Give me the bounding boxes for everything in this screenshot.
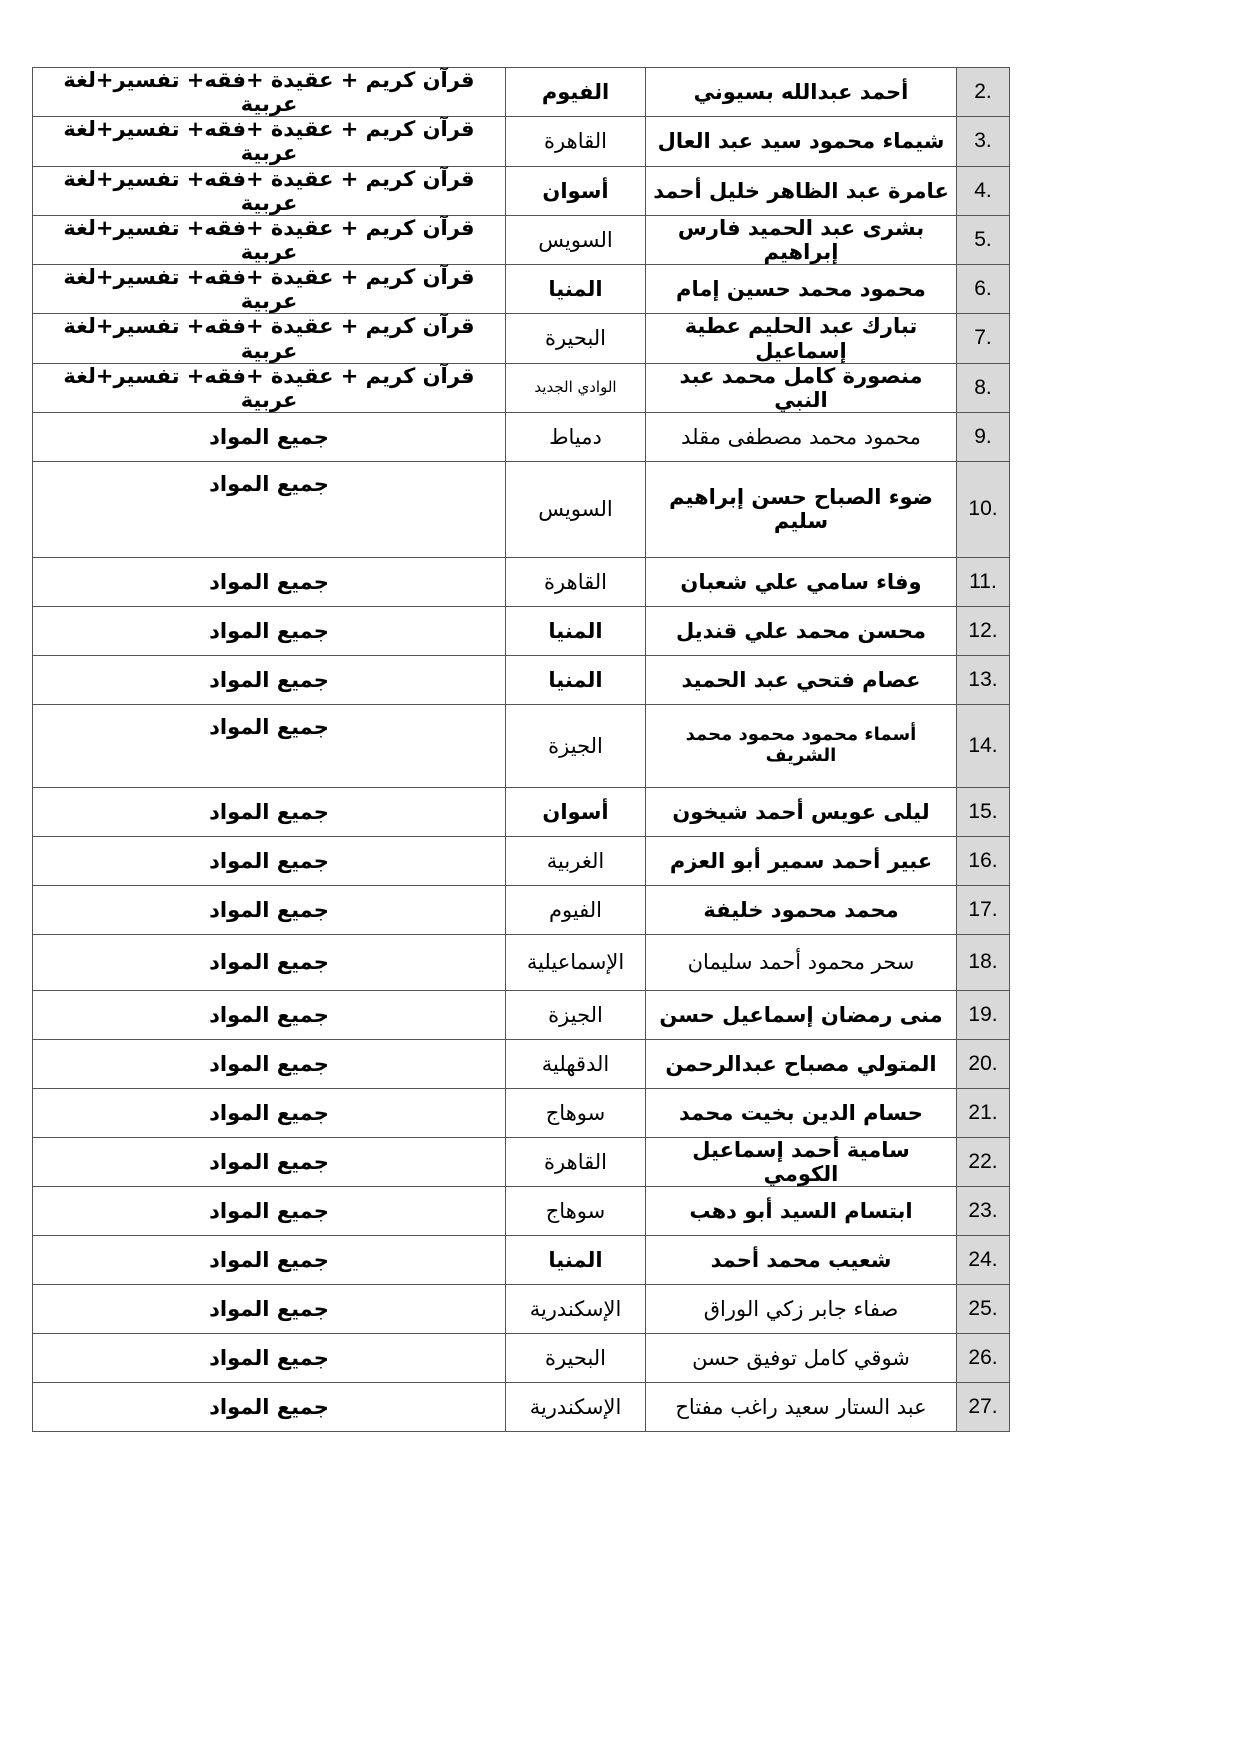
governorate: الإسماعيلية xyxy=(506,934,646,990)
governorate: الفيوم xyxy=(506,885,646,934)
row-number: 8. xyxy=(957,363,1010,412)
row-number: 3. xyxy=(957,117,1010,166)
row-number: 9. xyxy=(957,412,1010,461)
table-row: 23. ابتسام السيد أبو دهب سوهاج جميع المو… xyxy=(33,1187,1010,1236)
subjects: قرآن كريم + عقيدة +فقه+ تفسير+لغة عربية xyxy=(33,68,506,117)
table-row: 10. ضوء الصباح حسن إبراهيم سليم السويس ج… xyxy=(33,461,1010,557)
subjects: قرآن كريم + عقيدة +فقه+ تفسير+لغة عربية xyxy=(33,314,506,363)
row-number: 2. xyxy=(957,68,1010,117)
person-name: تبارك عبد الحليم عطية إسماعيل xyxy=(646,314,957,363)
table-row: 25. صفاء جابر زكي الوراق الإسكندرية جميع… xyxy=(33,1285,1010,1334)
person-name: عصام فتحي عبد الحميد xyxy=(646,655,957,704)
row-number: 6. xyxy=(957,265,1010,314)
person-name: بشرى عبد الحميد فارس إبراهيم xyxy=(646,215,957,264)
subjects: قرآن كريم + عقيدة +فقه+ تفسير+لغة عربية xyxy=(33,363,506,412)
governorate: الإسكندرية xyxy=(506,1383,646,1432)
person-name: صفاء جابر زكي الوراق xyxy=(646,1285,957,1334)
table-row: 22. سامية أحمد إسماعيل الكومي القاهرة جم… xyxy=(33,1137,1010,1186)
subjects: جميع المواد xyxy=(33,1137,506,1186)
subjects: جميع المواد xyxy=(33,655,506,704)
person-name: شوقي كامل توفيق حسن xyxy=(646,1334,957,1383)
person-name: عبد الستار سعيد راغب مفتاح xyxy=(646,1383,957,1432)
table-row: 12. محسن محمد علي قنديل المنيا جميع المو… xyxy=(33,606,1010,655)
roster-table: 2. أحمد عبدالله بسيوني الفيوم قرآن كريم … xyxy=(32,67,1010,1432)
row-number: 12. xyxy=(957,606,1010,655)
governorate: أسوان xyxy=(506,787,646,836)
governorate: الدقهلية xyxy=(506,1039,646,1088)
subjects: جميع المواد xyxy=(33,1334,506,1383)
person-name: محمود محمد حسين إمام xyxy=(646,265,957,314)
table-row: 3. شيماء محمود سيد عبد العال القاهرة قرآ… xyxy=(33,117,1010,166)
person-name: حسام الدين بخيت محمد xyxy=(646,1088,957,1137)
table-row: 14. أسماء محمود محمود محمد الشريف الجيزة… xyxy=(33,704,1010,787)
subjects: جميع المواد xyxy=(33,1285,506,1334)
person-name: عامرة عبد الظاهر خليل أحمد xyxy=(646,166,957,215)
governorate: القاهرة xyxy=(506,117,646,166)
table-row: 26. شوقي كامل توفيق حسن البحيرة جميع الم… xyxy=(33,1334,1010,1383)
governorate: القاهرة xyxy=(506,557,646,606)
row-number: 7. xyxy=(957,314,1010,363)
row-number: 10. xyxy=(957,461,1010,557)
governorate: السويس xyxy=(506,215,646,264)
person-name: عبير أحمد سمير أبو العزم xyxy=(646,836,957,885)
row-number: 24. xyxy=(957,1236,1010,1285)
row-number: 14. xyxy=(957,704,1010,787)
table-row: 4. عامرة عبد الظاهر خليل أحمد أسوان قرآن… xyxy=(33,166,1010,215)
table-row: 18. سحر محمود أحمد سليمان الإسماعيلية جم… xyxy=(33,934,1010,990)
person-name: محمود محمد مصطفى مقلد xyxy=(646,412,957,461)
governorate: البحيرة xyxy=(506,1334,646,1383)
subjects: جميع المواد xyxy=(33,787,506,836)
person-name: منى رمضان إسماعيل حسن xyxy=(646,990,957,1039)
subjects: جميع المواد xyxy=(33,1383,506,1432)
person-name: ابتسام السيد أبو دهب xyxy=(646,1187,957,1236)
person-name: ليلى عويس أحمد شيخون xyxy=(646,787,957,836)
table-row: 11. وفاء سامي علي شعبان القاهرة جميع الم… xyxy=(33,557,1010,606)
subjects: جميع المواد xyxy=(33,557,506,606)
subjects: جميع المواد xyxy=(33,606,506,655)
subjects: قرآن كريم + عقيدة +فقه+ تفسير+لغة عربية xyxy=(33,265,506,314)
table-row: 13. عصام فتحي عبد الحميد المنيا جميع الم… xyxy=(33,655,1010,704)
row-number: 13. xyxy=(957,655,1010,704)
row-number: 5. xyxy=(957,215,1010,264)
table-row: 19. منى رمضان إسماعيل حسن الجيزة جميع ال… xyxy=(33,990,1010,1039)
table-row: 9. محمود محمد مصطفى مقلد دمياط جميع المو… xyxy=(33,412,1010,461)
governorate: القاهرة xyxy=(506,1137,646,1186)
governorate: البحيرة xyxy=(506,314,646,363)
person-name: منصورة كامل محمد عبد النبي xyxy=(646,363,957,412)
row-number: 15. xyxy=(957,787,1010,836)
governorate: السويس xyxy=(506,461,646,557)
governorate: سوهاج xyxy=(506,1187,646,1236)
person-name: المتولي مصباح عبدالرحمن xyxy=(646,1039,957,1088)
row-number: 23. xyxy=(957,1187,1010,1236)
person-name: وفاء سامي علي شعبان xyxy=(646,557,957,606)
row-number: 20. xyxy=(957,1039,1010,1088)
governorate: المنيا xyxy=(506,265,646,314)
table-row: 6. محمود محمد حسين إمام المنيا قرآن كريم… xyxy=(33,265,1010,314)
subjects: جميع المواد xyxy=(33,1187,506,1236)
table-row: 5. بشرى عبد الحميد فارس إبراهيم السويس ق… xyxy=(33,215,1010,264)
subjects: جميع المواد xyxy=(33,934,506,990)
governorate: المنيا xyxy=(506,606,646,655)
table-row: 8. منصورة كامل محمد عبد النبي الوادي الج… xyxy=(33,363,1010,412)
person-name: محمد محمود خليفة xyxy=(646,885,957,934)
person-name: أسماء محمود محمود محمد الشريف xyxy=(646,704,957,787)
table-row: 21. حسام الدين بخيت محمد سوهاج جميع المو… xyxy=(33,1088,1010,1137)
row-number: 26. xyxy=(957,1334,1010,1383)
governorate: المنيا xyxy=(506,1236,646,1285)
person-name: شيماء محمود سيد عبد العال xyxy=(646,117,957,166)
subjects: جميع المواد xyxy=(33,836,506,885)
subjects: قرآن كريم + عقيدة +فقه+ تفسير+لغة عربية xyxy=(33,117,506,166)
subjects: جميع المواد xyxy=(33,461,506,557)
table-row: 20. المتولي مصباح عبدالرحمن الدقهلية جمي… xyxy=(33,1039,1010,1088)
row-number: 11. xyxy=(957,557,1010,606)
subjects: جميع المواد xyxy=(33,885,506,934)
row-number: 25. xyxy=(957,1285,1010,1334)
document-page: 2. أحمد عبدالله بسيوني الفيوم قرآن كريم … xyxy=(0,0,1240,1755)
person-name: سحر محمود أحمد سليمان xyxy=(646,934,957,990)
governorate: الجيزة xyxy=(506,990,646,1039)
governorate: الوادي الجديد xyxy=(506,363,646,412)
table-row: 17. محمد محمود خليفة الفيوم جميع المواد xyxy=(33,885,1010,934)
table-row: 27. عبد الستار سعيد راغب مفتاح الإسكندري… xyxy=(33,1383,1010,1432)
governorate: دمياط xyxy=(506,412,646,461)
governorate: سوهاج xyxy=(506,1088,646,1137)
person-name: ضوء الصباح حسن إبراهيم سليم xyxy=(646,461,957,557)
row-number: 4. xyxy=(957,166,1010,215)
row-number: 21. xyxy=(957,1088,1010,1137)
row-number: 19. xyxy=(957,990,1010,1039)
governorate: الإسكندرية xyxy=(506,1285,646,1334)
table-row: 2. أحمد عبدالله بسيوني الفيوم قرآن كريم … xyxy=(33,68,1010,117)
subjects: جميع المواد xyxy=(33,1088,506,1137)
subjects: جميع المواد xyxy=(33,1236,506,1285)
table-row: 24. شعيب محمد أحمد المنيا جميع المواد xyxy=(33,1236,1010,1285)
row-number: 27. xyxy=(957,1383,1010,1432)
table-row: 7. تبارك عبد الحليم عطية إسماعيل البحيرة… xyxy=(33,314,1010,363)
governorate: الفيوم xyxy=(506,68,646,117)
table-row: 15. ليلى عويس أحمد شيخون أسوان جميع المو… xyxy=(33,787,1010,836)
row-number: 18. xyxy=(957,934,1010,990)
subjects: جميع المواد xyxy=(33,990,506,1039)
subjects: قرآن كريم + عقيدة +فقه+ تفسير+لغة عربية xyxy=(33,166,506,215)
subjects: جميع المواد xyxy=(33,704,506,787)
governorate: الجيزة xyxy=(506,704,646,787)
row-number: 22. xyxy=(957,1137,1010,1186)
governorate: المنيا xyxy=(506,655,646,704)
person-name: سامية أحمد إسماعيل الكومي xyxy=(646,1137,957,1186)
subjects: جميع المواد xyxy=(33,412,506,461)
subjects: قرآن كريم + عقيدة +فقه+ تفسير+لغة عربية xyxy=(33,215,506,264)
person-name: أحمد عبدالله بسيوني xyxy=(646,68,957,117)
person-name: شعيب محمد أحمد xyxy=(646,1236,957,1285)
subjects: جميع المواد xyxy=(33,1039,506,1088)
governorate: أسوان xyxy=(506,166,646,215)
row-number: 16. xyxy=(957,836,1010,885)
table-row: 16. عبير أحمد سمير أبو العزم الغربية جمي… xyxy=(33,836,1010,885)
person-name: محسن محمد علي قنديل xyxy=(646,606,957,655)
row-number: 17. xyxy=(957,885,1010,934)
governorate: الغربية xyxy=(506,836,646,885)
